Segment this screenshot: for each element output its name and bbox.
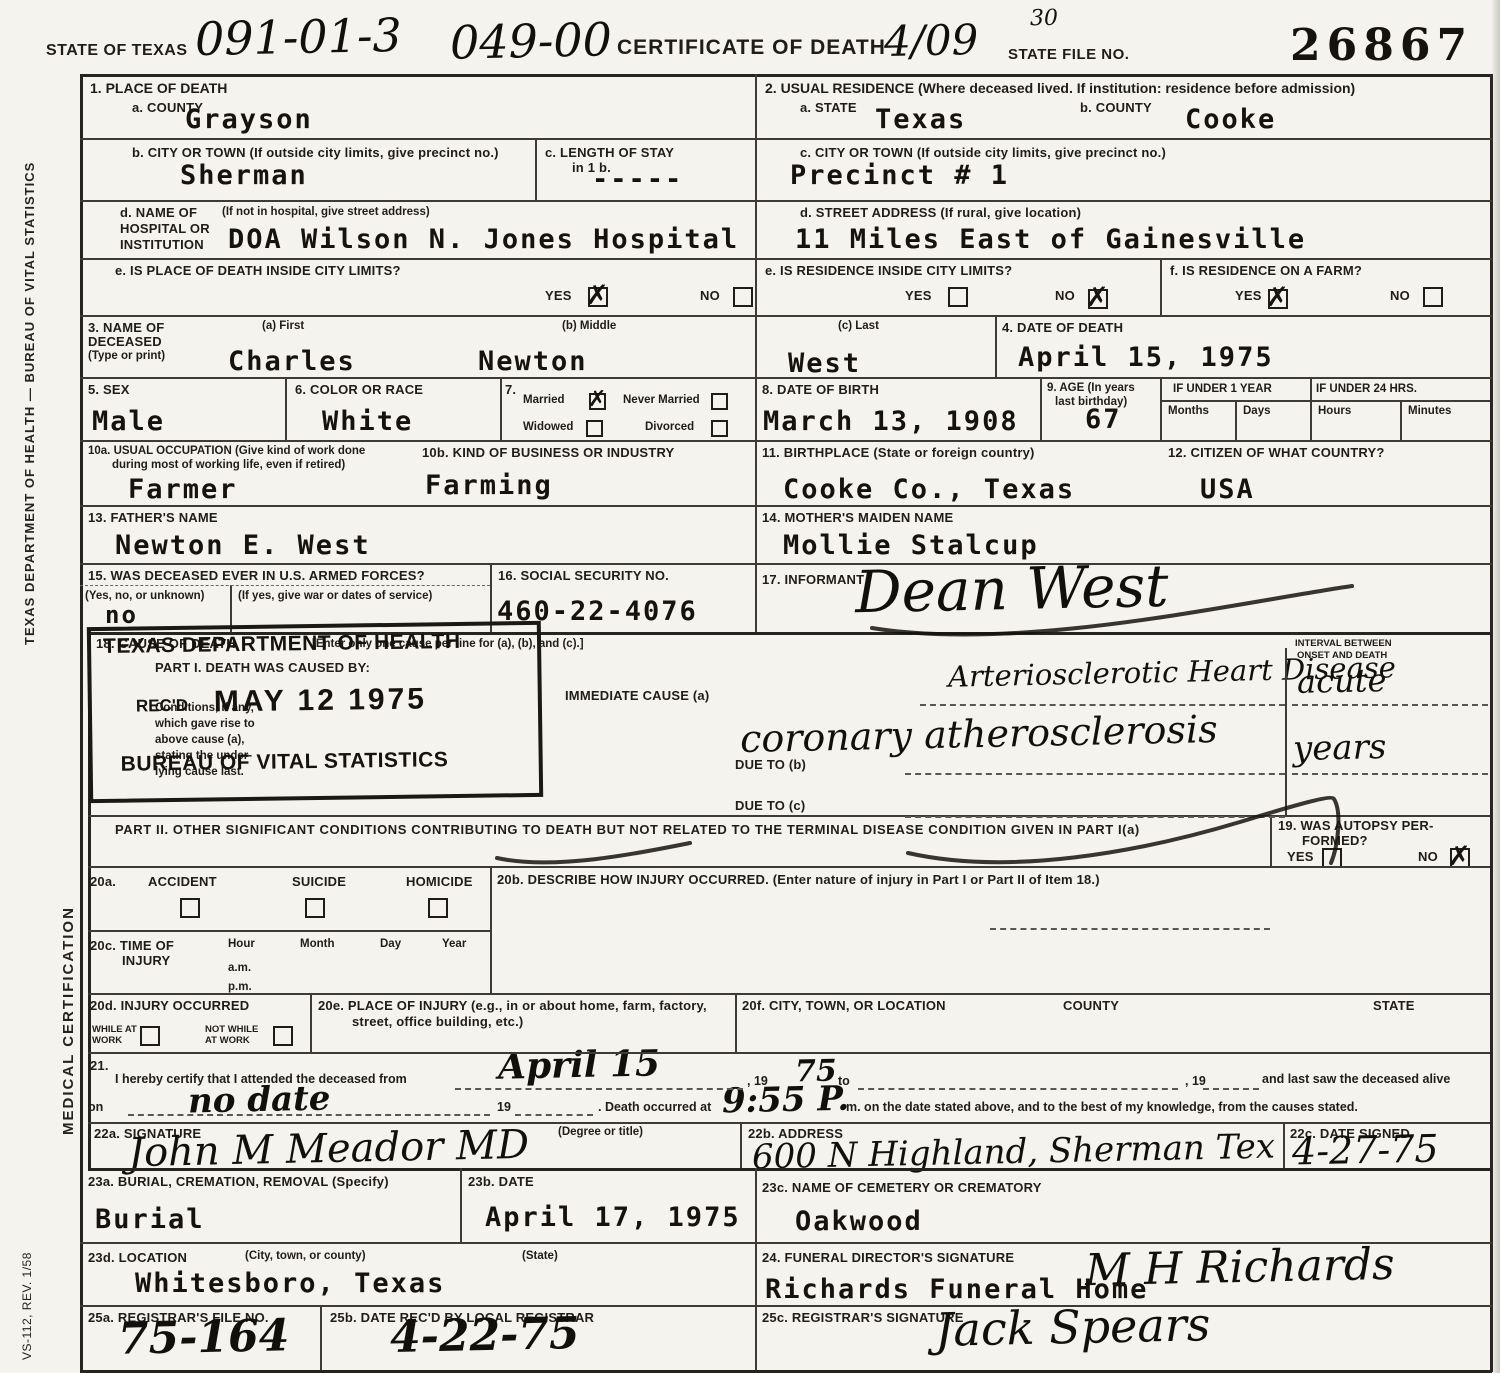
divider xyxy=(1292,704,1488,706)
injury-county-label: COUNTY xyxy=(1063,998,1119,1013)
accident-checkbox xyxy=(180,898,200,918)
divider xyxy=(80,1305,1492,1307)
divider xyxy=(88,1122,1490,1124)
cemetery-name-label: 23c. NAME OF CEMETERY OR CREMATORY xyxy=(762,1180,1042,1195)
certify-text-4: m. on the date stated above, and to the … xyxy=(846,1100,1358,1114)
district-code-handwritten: 091-01-3 xyxy=(194,8,402,66)
divider xyxy=(755,1305,757,1370)
injury-state-label: STATE xyxy=(1373,998,1415,1013)
divider xyxy=(1270,815,1272,866)
city-value: Sherman xyxy=(180,160,308,191)
state-file-number: 26867 xyxy=(1290,20,1473,71)
days-label: Days xyxy=(1243,405,1271,417)
sex-label: 5. SEX xyxy=(88,382,130,397)
while-at-work-label-line1: WHILE AT xyxy=(92,1024,137,1035)
autopsy-label-line1: 19. WAS AUTOPSY PER- xyxy=(1278,818,1433,833)
residence-city-value: Precinct # 1 xyxy=(790,160,1009,191)
residence-county-label: b. COUNTY xyxy=(1080,100,1152,115)
interval-a-handwritten: acute xyxy=(1297,661,1387,701)
race-value: White xyxy=(322,406,413,437)
residence-county-value: Cooke xyxy=(1185,104,1276,135)
funeral-director-signature-handwritten: M H Richards xyxy=(1084,1239,1395,1296)
divider xyxy=(320,1305,322,1370)
if-under-1-year-label: IF UNDER 1 YEAR xyxy=(1173,383,1272,395)
divider xyxy=(995,315,997,377)
place-of-injury-label-line1: 20e. PLACE OF INJURY (e.g., in or about … xyxy=(318,998,707,1013)
city-or-town-label: b. CITY OR TOWN (If outside city limits,… xyxy=(132,145,499,160)
burial-location-value: Whitesboro, Texas xyxy=(135,1268,445,1299)
industry-value: Farming xyxy=(425,470,553,501)
divider xyxy=(1310,377,1312,440)
injury-occurred-label: 20d. INJURY OCCURRED xyxy=(90,998,249,1013)
place-of-death-section-label: 1. PLACE OF DEATH xyxy=(90,80,227,96)
divider xyxy=(128,1114,490,1116)
not-while-at-work-label-line2: AT WORK xyxy=(205,1035,250,1046)
not-while-at-work-label-line1: NOT WHILE xyxy=(205,1024,258,1035)
divider xyxy=(490,866,492,993)
residence-state-value: Texas xyxy=(875,104,966,135)
divider xyxy=(1040,377,1042,440)
burial-method-value: Burial xyxy=(95,1204,205,1235)
stamp-recd-label: REC'D xyxy=(136,696,188,717)
divider xyxy=(1235,400,1237,440)
margin-medical-certification-label: MEDICAL CERTIFICATION xyxy=(60,790,77,1135)
death-inside-city-limits-label: e. IS PLACE OF DEATH INSIDE CITY LIMITS? xyxy=(115,263,401,278)
divider xyxy=(1292,773,1488,775)
informant-label: 17. INFORMANT xyxy=(762,572,864,587)
date-of-death-label: 4. DATE OF DEATH xyxy=(1002,320,1123,335)
immediate-cause-label: IMMEDIATE CAUSE (a) xyxy=(565,688,709,703)
year-19-label-c: 19 xyxy=(497,1100,511,1114)
hospital-name-label: d. NAME OF xyxy=(120,205,197,220)
institution-label: INSTITUTION xyxy=(120,237,204,252)
not-while-at-work-checkbox xyxy=(273,1026,293,1046)
interval-header-line1: INTERVAL BETWEEN xyxy=(1295,638,1392,649)
middle-name-label: (b) Middle xyxy=(562,320,616,332)
item-21-label: 21. xyxy=(90,1058,109,1073)
farm-yes-label: YES xyxy=(1235,288,1262,303)
homicide-checkbox xyxy=(428,898,448,918)
attended-from-handwritten: April 15 xyxy=(498,1042,661,1087)
if-under-24-hrs-label: IF UNDER 24 HRS. xyxy=(1316,383,1417,395)
divider xyxy=(80,563,1492,565)
date-of-death-value: April 15, 1975 xyxy=(1018,342,1274,373)
date-of-birth-label: 8. DATE OF BIRTH xyxy=(762,382,879,397)
social-security-no-label: 16. SOCIAL SECURITY NO. xyxy=(498,568,669,583)
armed-forces-label: 15. WAS DECEASED EVER IN U.S. ARMED FORC… xyxy=(88,568,425,583)
street-address-label: d. STREET ADDRESS (If rural, give locati… xyxy=(800,205,1081,220)
marital-status-label: 7. xyxy=(505,382,516,397)
burial-location-sublabel-1: (City, town, or county) xyxy=(245,1250,366,1262)
last-name-value: West xyxy=(788,348,861,379)
am-label: a.m. xyxy=(228,962,251,974)
divider xyxy=(755,1168,757,1242)
certify-text-2: and last saw the deceased alive xyxy=(1262,1072,1450,1086)
injury-city-label: 20f. CITY, TOWN, OR LOCATION xyxy=(742,998,946,1013)
divider xyxy=(310,993,312,1052)
while-at-work-checkbox xyxy=(140,1026,160,1046)
length-of-stay-value: ----- xyxy=(592,164,683,195)
divider xyxy=(455,1088,743,1090)
cause-b-handwritten: coronary atherosclerosis xyxy=(740,707,1218,761)
hospital-value: DOA Wilson N. Jones Hospital xyxy=(228,224,739,255)
form-number-label: VS-112, REV. 1/58 xyxy=(20,1160,34,1360)
divider xyxy=(80,505,1492,507)
divorced-checkbox xyxy=(711,420,728,437)
state-of-texas-label: STATE OF TEXAS xyxy=(46,42,188,60)
divorced-label: Divorced xyxy=(645,421,694,433)
divider xyxy=(80,74,83,1372)
name-of-label: 3. NAME OF xyxy=(88,320,164,335)
file-code-superscript-handwritten: 30 xyxy=(1030,6,1059,32)
autopsy-yes-checkbox xyxy=(1322,848,1342,868)
state-file-no-label: STATE FILE NO. xyxy=(1008,46,1129,63)
page-title: CERTIFICATE OF DEATH xyxy=(617,36,886,60)
year-label: Year xyxy=(442,938,466,950)
cemetery-value: Oakwood xyxy=(795,1206,923,1237)
middle-name-value: Newton xyxy=(478,346,588,377)
divider xyxy=(80,138,1492,140)
accident-label: ACCIDENT xyxy=(148,874,217,889)
deceased-label: DECEASED xyxy=(88,334,162,349)
time-of-death-handwritten: 9:55 P. xyxy=(722,1079,850,1122)
farm-no-label: NO xyxy=(1390,288,1410,303)
divider xyxy=(755,1242,757,1305)
divider xyxy=(88,1052,1490,1054)
divider xyxy=(858,1088,1178,1090)
divider xyxy=(1160,258,1162,315)
sex-value: Male xyxy=(92,406,165,437)
registrar-code-handwritten: 049-00 xyxy=(449,12,612,69)
divider xyxy=(80,74,1492,77)
funeral-director-signature-label: 24. FUNERAL DIRECTOR'S SIGNATURE xyxy=(762,1250,1014,1265)
file-code-handwritten: 4/09 xyxy=(883,15,978,66)
divider xyxy=(88,866,1490,868)
divider xyxy=(515,1114,593,1116)
farm-yes-checkbox xyxy=(1268,289,1288,309)
color-or-race-label: 6. COLOR OR RACE xyxy=(295,382,423,397)
divider xyxy=(80,315,1492,317)
widowed-label: Widowed xyxy=(523,421,573,433)
residence-city-no-checkbox xyxy=(1088,289,1108,309)
degree-or-title-label: (Degree or title) xyxy=(558,1126,643,1138)
year-19-label-b: , 19 xyxy=(1185,1074,1206,1088)
divider xyxy=(1160,377,1162,440)
divider xyxy=(740,1122,742,1168)
citizen-value: USA xyxy=(1200,474,1255,505)
divider xyxy=(920,704,1285,706)
autopsy-yes-label: YES xyxy=(1287,849,1314,864)
burial-date-label: 23b. DATE xyxy=(468,1174,534,1189)
divider xyxy=(80,258,1492,260)
type-or-print-label: (Type or print) xyxy=(88,350,165,362)
pm-label: p.m. xyxy=(228,981,252,993)
divider xyxy=(905,773,1285,775)
suicide-label: SUICIDE xyxy=(292,874,346,889)
hours-label: Hours xyxy=(1318,405,1351,417)
armed-forces-sublabel-2: (If yes, give war or dates of service) xyxy=(238,590,432,602)
residence-city-yes-checkbox xyxy=(948,287,968,307)
hospital-name-paren-label: (If not in hospital, give street address… xyxy=(222,206,430,218)
residence-city-yes-label: YES xyxy=(905,288,932,303)
death-occurred-at-label: . Death occurred at xyxy=(598,1100,711,1114)
armed-forces-sublabel-1: (Yes, no, or unknown) xyxy=(85,590,204,602)
divider xyxy=(905,816,1285,818)
registrars-signature-label: 25c. REGISTRAR'S SIGNATURE xyxy=(762,1310,964,1325)
residence-city-no-label: NO xyxy=(1055,288,1075,303)
day-label: Day xyxy=(380,938,401,950)
item-20a-label: 20a. xyxy=(90,874,116,889)
never-married-label: Never Married xyxy=(623,394,700,406)
age-label-line1: 9. AGE (In years xyxy=(1047,382,1135,394)
time-of-injury-label-line2: INJURY xyxy=(122,953,170,968)
street-address-value: 11 Miles East of Gainesville xyxy=(795,224,1306,255)
divider xyxy=(80,200,1492,202)
residence-on-farm-label: f. IS RESIDENCE ON A FARM? xyxy=(1170,263,1362,278)
burial-date-value: April 17, 1975 xyxy=(485,1202,741,1233)
last-name-label: (c) Last xyxy=(838,320,879,332)
burial-location-sublabel-2: (State) xyxy=(522,1250,558,1262)
divider xyxy=(500,377,502,440)
autopsy-no-checkbox xyxy=(1450,848,1470,868)
residence-state-label: a. STATE xyxy=(800,100,857,115)
hour-label: Hour xyxy=(228,938,255,950)
interval-b-handwritten: years xyxy=(1293,727,1387,769)
divider xyxy=(755,74,757,632)
death-city-no-label: NO xyxy=(700,288,720,303)
suicide-checkbox xyxy=(305,898,325,918)
describe-injury-label: 20b. DESCRIBE HOW INJURY OCCURRED. (Ente… xyxy=(497,872,1100,887)
divider xyxy=(1203,1088,1259,1090)
divider xyxy=(535,138,537,200)
burial-cremation-label: 23a. BURIAL, CREMATION, REMOVAL (Specify… xyxy=(88,1174,389,1189)
margin-department-label: TEXAS DEPARTMENT OF HEALTH — BUREAU OF V… xyxy=(22,225,37,645)
length-of-stay-label: c. LENGTH OF STAY xyxy=(545,145,674,160)
place-of-injury-label-line2: street, office building, etc.) xyxy=(352,1014,523,1029)
citizen-of-what-country-label: 12. CITIZEN OF WHAT COUNTRY? xyxy=(1168,445,1384,460)
divider xyxy=(80,377,1492,379)
age-value: 67 xyxy=(1085,404,1122,435)
date-of-birth-value: March 13, 1908 xyxy=(763,406,1019,437)
divider xyxy=(735,993,737,1052)
widowed-checkbox xyxy=(586,420,603,437)
birthplace-label: 11. BIRTHPLACE (State or foreign country… xyxy=(762,445,1035,460)
divider xyxy=(1285,648,1287,815)
usual-occupation-label: 10a. USUAL OCCUPATION (Give kind of work… xyxy=(88,445,365,457)
autopsy-no-label: NO xyxy=(1418,849,1438,864)
first-name-label: (a) First xyxy=(262,320,304,332)
divider xyxy=(88,930,490,932)
divider xyxy=(88,993,1490,995)
divider xyxy=(460,1168,462,1242)
residence-inside-city-limits-label: e. IS RESIDENCE INSIDE CITY LIMITS? xyxy=(765,263,1012,278)
fathers-name-value: Newton E. West xyxy=(115,530,371,561)
stamp-department-line: TEXAS DEPARTMENT OF HEALTH xyxy=(103,630,461,659)
birthplace-value: Cooke Co., Texas xyxy=(783,474,1075,505)
mothers-maiden-name-label: 14. MOTHER'S MAIDEN NAME xyxy=(762,510,953,525)
due-to-c-label: DUE TO (c) xyxy=(735,798,805,813)
minutes-label: Minutes xyxy=(1408,405,1451,417)
stamp-bureau-line: BUREAU OF VITAL STATISTICS xyxy=(121,748,449,777)
usual-residence-section-label: 2. USUAL RESIDENCE (Where deceased lived… xyxy=(765,80,1355,96)
date-signed-handwritten: 4-27-75 xyxy=(1292,1126,1439,1173)
date-recd-handwritten: 4-22-75 xyxy=(389,1308,580,1363)
kind-of-business-label: 10b. KIND OF BUSINESS OR INDUSTRY xyxy=(422,445,674,460)
months-label: Months xyxy=(1168,405,1209,417)
divider xyxy=(88,1168,1490,1171)
fathers-name-label: 13. FATHER'S NAME xyxy=(88,510,218,525)
divider xyxy=(990,928,1270,930)
farm-no-checkbox xyxy=(1423,287,1443,307)
residence-city-label: c. CITY OR TOWN (If outside city limits,… xyxy=(800,145,1166,160)
married-label: Married xyxy=(523,394,565,406)
married-checkbox xyxy=(589,393,606,410)
death-city-yes-checkbox xyxy=(588,287,608,307)
divider xyxy=(80,440,1492,442)
armed-forces-value: no xyxy=(105,601,138,629)
first-name-value: Charles xyxy=(228,346,356,377)
divider xyxy=(80,1242,1492,1244)
hospital-or-label: HOSPITAL OR xyxy=(120,221,210,236)
homicide-label: HOMICIDE xyxy=(406,874,473,889)
divider xyxy=(285,377,287,440)
death-certificate-document: STATE OF TEXAS 091-01-3 049-00 CERTIFICA… xyxy=(0,0,1500,1373)
burial-location-label: 23d. LOCATION xyxy=(88,1250,187,1265)
autopsy-label-line2: FORMED? xyxy=(1302,833,1368,848)
county-value: Grayson xyxy=(185,104,313,135)
divider xyxy=(80,585,490,586)
part2-label: PART II. OTHER SIGNIFICANT CONDITIONS CO… xyxy=(115,822,1140,837)
divider xyxy=(1400,400,1402,440)
death-city-no-checkbox xyxy=(733,287,753,307)
never-married-checkbox xyxy=(711,393,728,410)
divider xyxy=(1490,74,1493,1372)
while-at-work-label-line2: WORK xyxy=(92,1035,122,1046)
occupation-value: Farmer xyxy=(128,474,238,505)
divider xyxy=(1160,400,1490,402)
time-of-injury-label-line1: 20c. TIME OF xyxy=(90,938,174,953)
stamp-date: MAY 12 1975 xyxy=(214,682,428,719)
registrars-file-no-handwritten: 75-164 xyxy=(117,1310,289,1365)
received-stamp: TEXAS DEPARTMENT OF HEALTH REC'D MAY 12 … xyxy=(87,621,543,803)
interval-header-line2: ONSET AND DEATH xyxy=(1297,650,1387,661)
month-label: Month xyxy=(300,938,334,950)
divider xyxy=(1283,1122,1285,1168)
death-city-yes-label: YES xyxy=(545,288,572,303)
usual-occupation-label-line2: during most of working life, even if ret… xyxy=(112,459,345,471)
